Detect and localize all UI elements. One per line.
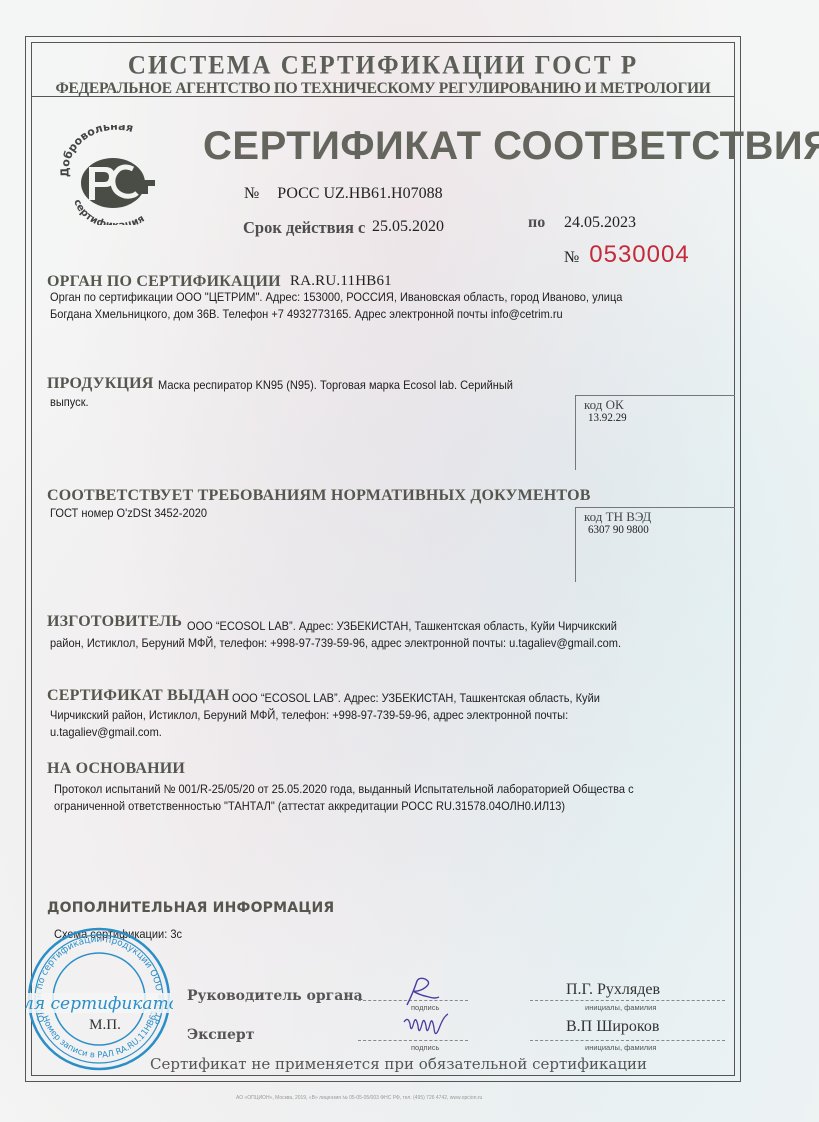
conformity-heading: СООТВЕТСТВУЕТ ТРЕБОВАНИЯМ НОРМАТИВНЫХ ДО…	[47, 487, 591, 505]
ok-code-value: 13.92.29	[588, 410, 627, 425]
certification-body-code: RA.RU.11HB61	[290, 273, 392, 290]
product-line-2: выпуск.	[50, 394, 89, 411]
valid-to: 24.05.2023	[564, 214, 636, 232]
expert-signature-caption: подпись	[411, 1043, 439, 1052]
issued-to-line-1: ООО “ECOSOL LAB”. Адрес: УЗБЕКИСТАН, Таш…	[232, 690, 600, 707]
valid-from: 25.05.2020	[372, 218, 444, 236]
tn-ved-code-box: код ТН ВЭД 6307 90 9800	[575, 507, 735, 582]
product-heading: ПРОДУКЦИЯ	[47, 375, 154, 393]
manufacturer-line-2: район, Истиклол, Беруний МФЙ, телефон: +…	[50, 635, 621, 652]
expert-name: В.П Широков	[566, 1018, 659, 1036]
certificate-number: РОСС UZ.HB61.H07088	[277, 185, 442, 202]
issued-to-heading: СЕРТИФИКАТ ВЫДАН	[47, 687, 230, 705]
certification-body-line-2: Богдана Хмельницкого, дом 36В. Телефон +…	[50, 306, 708, 323]
head-name-caption: инициалы, фамилия	[585, 1003, 656, 1012]
serial-number: 0530004	[589, 241, 689, 268]
expert-signature-icon	[400, 1012, 450, 1044]
stamp-center-text: Для сертификатов	[25, 994, 173, 1014]
basis-line-1: Протокол испытаний № 001/R-25/05/20 от 2…	[54, 781, 634, 798]
expert-name-caption: инициалы, фамилия	[585, 1043, 656, 1052]
certificate-title: СЕРТИФИКАТ СООТВЕТСТВИЯ	[203, 124, 819, 169]
head-of-body-label: Руководитель органа	[187, 988, 363, 1004]
agency-title: ФЕДЕРАЛЬНОЕ АГЕНТСТВО ПО ТЕХНИЧЕСКОМУ РЕ…	[31, 80, 735, 98]
expert-name-line	[530, 1040, 725, 1041]
manufacturer-heading: ИЗГОТОВИТЕЛЬ	[47, 613, 182, 631]
basis-heading: НА ОСНОВАНИИ	[47, 760, 185, 778]
head-name-line	[530, 1000, 725, 1001]
additional-info-heading: ДОПОЛНИТЕЛЬНАЯ ИНФОРМАЦИЯ	[47, 900, 334, 916]
disclaimer: Сертификат не применяется при обязательн…	[150, 1055, 647, 1073]
tn-ved-value: 6307 90 9800	[588, 522, 649, 537]
system-title: СИСТЕМА СЕРТИФИКАЦИИ ГОСТ Р	[31, 51, 735, 80]
basis-line-2: ограниченной ответственностью "ТАНТАЛ" (…	[54, 798, 565, 815]
validity-label: Срок действия с	[243, 218, 365, 238]
number-label: №	[244, 185, 259, 202]
serial-label: №	[564, 249, 579, 266]
head-signature-icon	[395, 975, 445, 1007]
certification-body-details: Орган по сертификации ООО "ЦЕТРИМ". Адре…	[50, 289, 708, 323]
certification-body-line-1: Орган по сертификации ООО "ЦЕТРИМ". Адре…	[50, 289, 708, 306]
stamp-mp: М.П.	[89, 1017, 121, 1033]
product-line-1: Маска респиратор KN95 (N95). Торговая ма…	[158, 377, 600, 394]
serial-number-row: № 0530004	[564, 241, 690, 269]
certificate-number-row: № РОСС UZ.HB61.H07088	[244, 185, 443, 203]
ok-code-box: код ОК 13.92.29	[575, 395, 735, 470]
printer-imprint: АО «ОПЦИОН», Москва, 2019, «В» лицензия …	[236, 1095, 482, 1101]
rst-voluntary-certification-logo-icon: Добровольная сертификация	[55, 125, 175, 225]
conformity-standard: ГОСТ номер O'zDSt 3452-2020	[50, 505, 207, 522]
certification-stamp-icon: Орган по сертификации продукции ООО «ЦЕТ…	[25, 925, 173, 1073]
expert-label: Эксперт	[187, 1027, 254, 1043]
issued-to-line-3: u.tagaliev@gmail.com.	[50, 724, 162, 741]
valid-to-label: по	[528, 214, 545, 232]
manufacturer-line-1: ООО “ECOSOL LAB”. Адрес: УЗБЕКИСТАН, Таш…	[187, 618, 617, 635]
svg-text:Номер записи в РАЛ RA.RU.11HB6: Номер записи в РАЛ RA.RU.11HB61 Российск…	[25, 925, 161, 1061]
stamp-bottom-text: Номер записи в РАЛ RA.RU.11HB61 Российск…	[25, 925, 161, 1061]
issued-to-line-2: Чирчикский район, Истиклол, Беруний МФЙ,…	[50, 707, 568, 724]
head-name: П.Г. Рухлядев	[566, 981, 660, 999]
